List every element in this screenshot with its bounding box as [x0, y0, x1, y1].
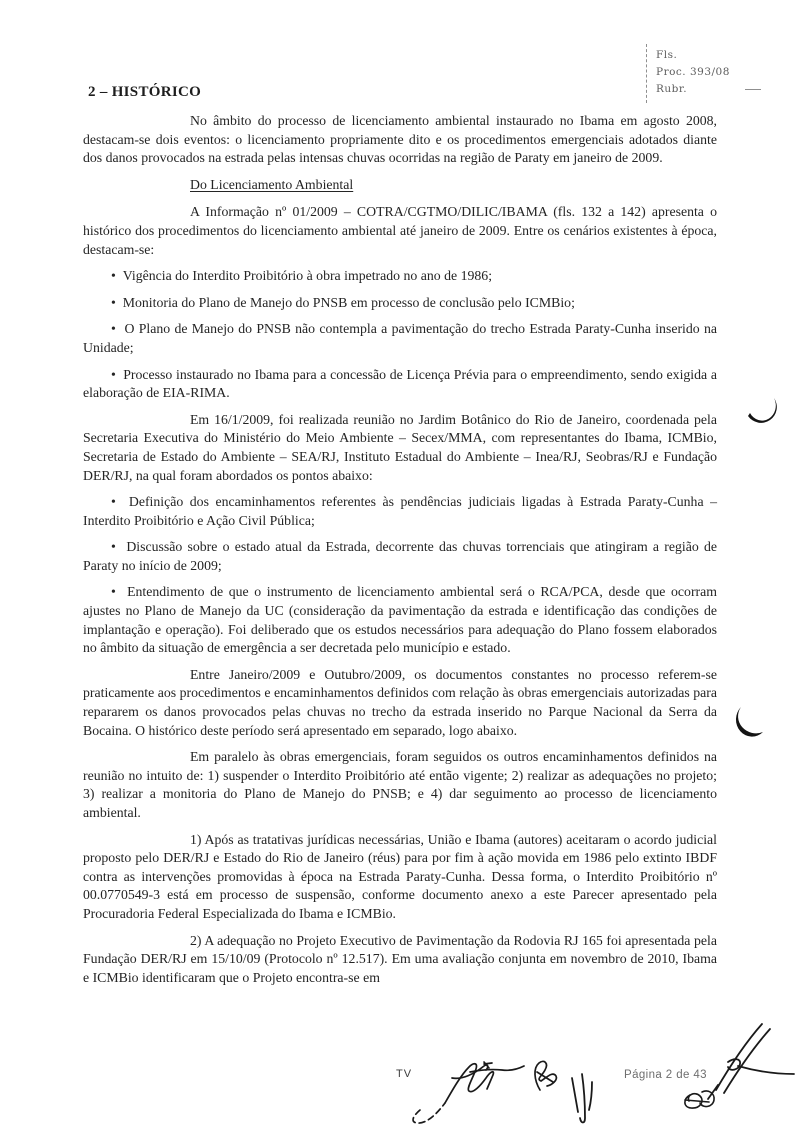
bullet-item-plano-manejo: O Plano de Manejo do PNSB não contempla … — [83, 320, 717, 357]
footer-initials: TV — [396, 1068, 412, 1080]
paragraph-reuniao: Em 16/1/2009, foi realizada reunião no J… — [83, 411, 717, 485]
bullet-item-monitoria: Monitoria do Plano de Manejo do PNSB em … — [83, 294, 717, 313]
paragraph-em-paralelo: Em paralelo às obras emergenciais, foram… — [83, 748, 717, 822]
bullet-item-discussao: Discussão sobre o estado atual da Estrad… — [83, 538, 717, 575]
process-stamp-box: Fls. Proc. 393/08 Rubr. — [646, 44, 800, 103]
subsection-heading-text: Do Licenciamento Ambiental — [190, 177, 353, 192]
bullet-item-entendimento: Entendimento de que o instrumento de lic… — [83, 583, 717, 657]
signature-icon — [413, 1062, 524, 1123]
bullet-item-definicao: Definição dos encaminhamentos referentes… — [83, 493, 717, 530]
signature-squiggle-icon — [535, 1061, 556, 1090]
stamp-fls-label: Fls. — [656, 47, 794, 64]
page-number-indicator: Página 2 de 43 — [624, 1069, 707, 1081]
stamp-scribble-icon — [685, 1091, 714, 1108]
stamp-rubr-label: Rubr. — [656, 81, 794, 98]
paragraph-intro: No âmbito do processo de licenciamento a… — [83, 112, 717, 168]
bullet-item-vigencia: Vigência do Interdito Proibitório à obra… — [83, 267, 717, 286]
paragraph-item-2: 2) A adequação no Projeto Executivo de P… — [83, 932, 717, 988]
scanned-document-page: Fls. Proc. 393/08 Rubr. 2 – HISTÓRICO No… — [0, 0, 800, 1124]
hatch-marks-icon — [708, 1024, 794, 1099]
signature-strokes-icon — [572, 1074, 592, 1123]
paragraph-item-1: 1) Após as tratativas jurídicas necessár… — [83, 831, 717, 924]
rubr-signature-line — [745, 89, 761, 90]
bullet-item-processo: Processo instaurado no Ibama para a conc… — [83, 366, 717, 403]
paragraph-entre-janeiro: Entre Janeiro/2009 e Outubro/2009, os do… — [83, 666, 717, 740]
ink-blot-crescent2-icon — [736, 707, 763, 737]
stamp-rubr-text: Rubr. — [656, 83, 687, 95]
section-heading: 2 – HISTÓRICO — [88, 84, 201, 101]
stamp-proc-label: Proc. 393/08 — [656, 64, 794, 81]
ink-blot-crescent-icon — [748, 398, 777, 423]
document-body: No âmbito do processo de licenciamento a… — [83, 112, 717, 995]
subsection-heading: Do Licenciamento Ambiental — [83, 176, 717, 195]
paragraph-informacao: A Informação nº 01/2009 – COTRA/CGTMO/DI… — [83, 203, 717, 259]
